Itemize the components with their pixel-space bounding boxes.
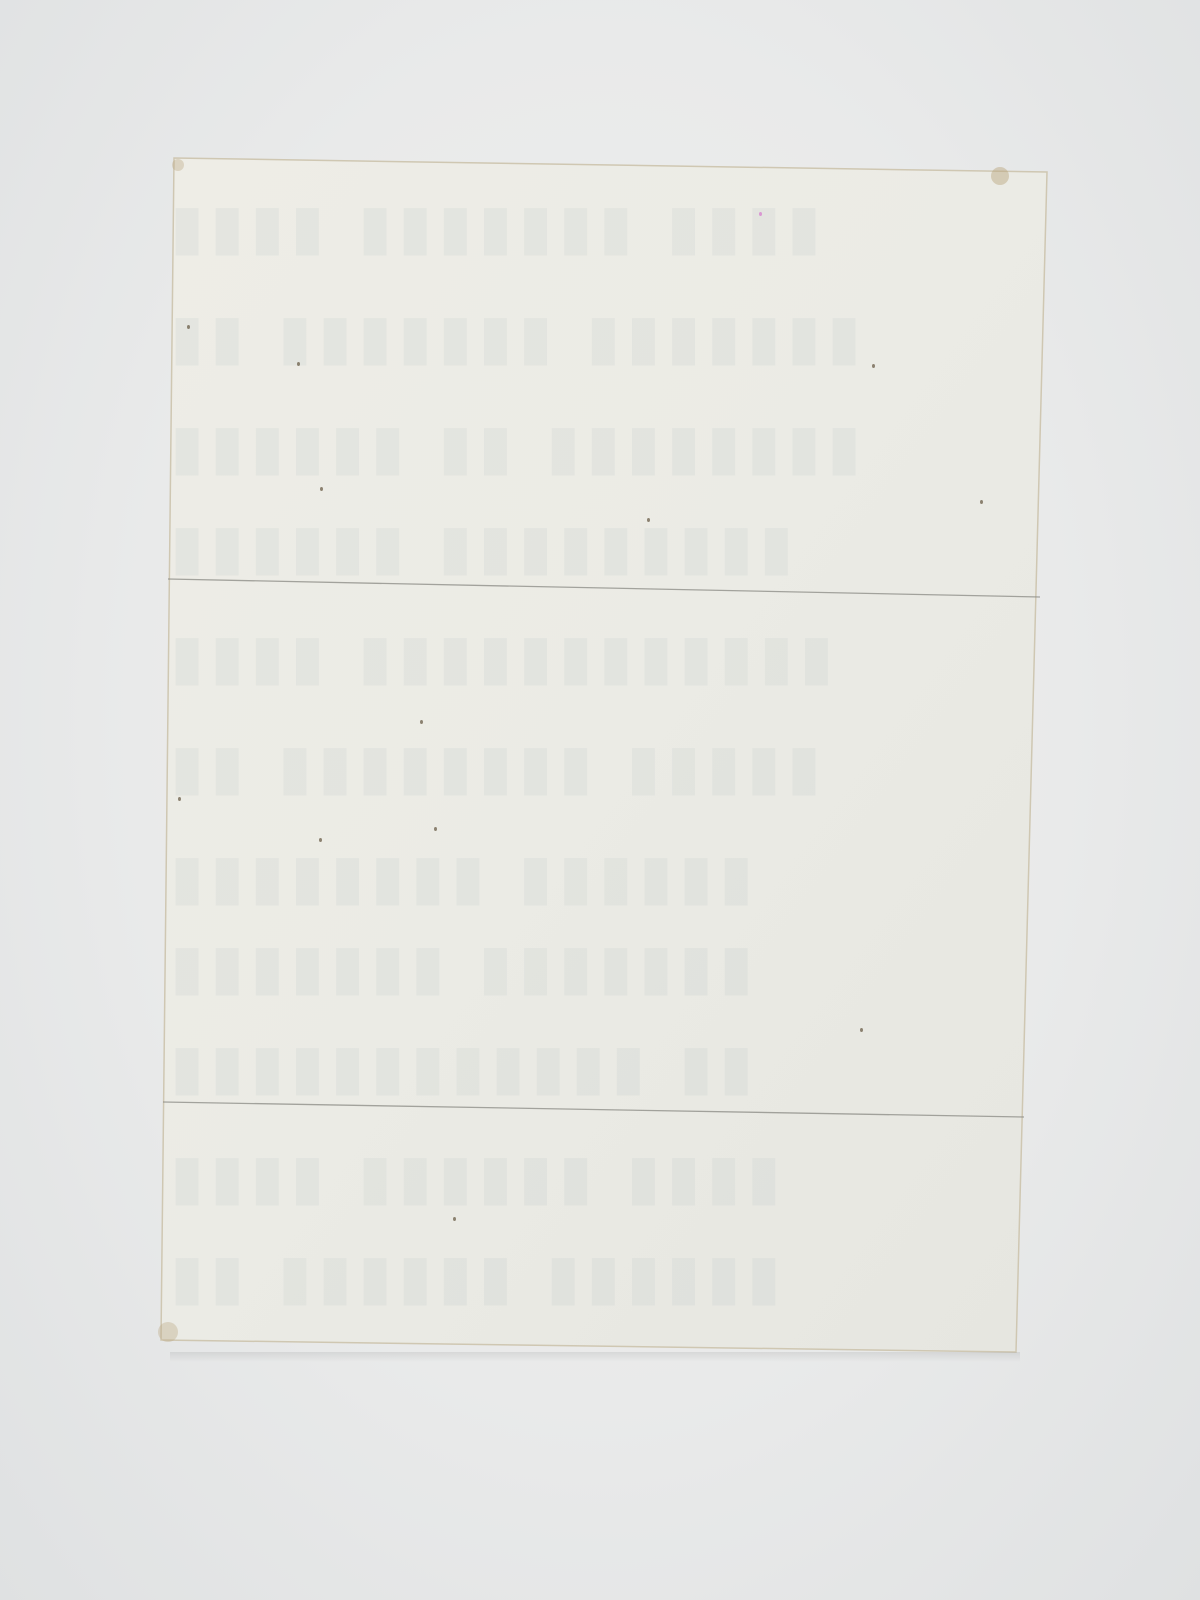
bleed-through-text: ▮▮▮▮▮▮ ▮▮▮▮▮▮▮▮▮ [170, 510, 1040, 583]
bleed-through-text: ▮▮▮▮▮▮ ▮▮ ▮▮▮▮▮▮▮▮ [170, 410, 1040, 483]
stain-speck [434, 827, 437, 831]
bleed-through-text: ▮▮ ▮▮▮▮▮▮▮▮ ▮▮▮▮▮ [170, 730, 1040, 803]
stain-speck [647, 518, 650, 522]
stain-speck [860, 1028, 863, 1032]
bleed-through-text: ▮▮▮▮▮▮▮▮▮▮▮▮ ▮▮ [170, 1030, 1040, 1103]
stain-speck [320, 487, 323, 491]
card-back: ▮▮▮▮ ▮▮▮▮▮▮▮ ▮▮▮▮ ▮▮ ▮▮▮▮▮▮▮ ▮▮▮▮▮▮▮ ▮▮▮… [0, 0, 1200, 1600]
stain-speck [980, 500, 983, 504]
bleed-through-text: ▮▮ ▮▮▮▮▮▮ ▮▮▮▮▮▮ [170, 1240, 1040, 1313]
card-shadow [170, 1352, 1020, 1362]
stain-speck [872, 364, 875, 368]
stain-speck [420, 720, 423, 724]
stain-speck [187, 325, 190, 329]
bleed-through-text: ▮▮ ▮▮▮▮▮▮▮ ▮▮▮▮▮▮▮ [170, 300, 1040, 373]
stain-speck [453, 1217, 456, 1221]
bleed-through-text: ▮▮▮▮ ▮▮▮▮▮▮ ▮▮▮▮ [170, 1140, 1040, 1213]
stain-speck [759, 212, 762, 216]
bleed-through-text: ▮▮▮▮ ▮▮▮▮▮▮▮ ▮▮▮▮ [170, 190, 1040, 263]
bleed-through-text: ▮▮▮▮▮▮▮ ▮▮▮▮▮▮▮ [170, 930, 1040, 1003]
bleed-through-text: ▮▮▮▮▮▮▮▮ ▮▮▮▮▮▮ [170, 840, 1040, 913]
stain-speck [319, 838, 322, 842]
bleed-through-text: ▮▮▮▮ ▮▮▮▮▮▮▮▮▮▮▮▮ [170, 620, 1040, 693]
stain-speck [178, 797, 181, 801]
stain-speck [297, 362, 300, 366]
